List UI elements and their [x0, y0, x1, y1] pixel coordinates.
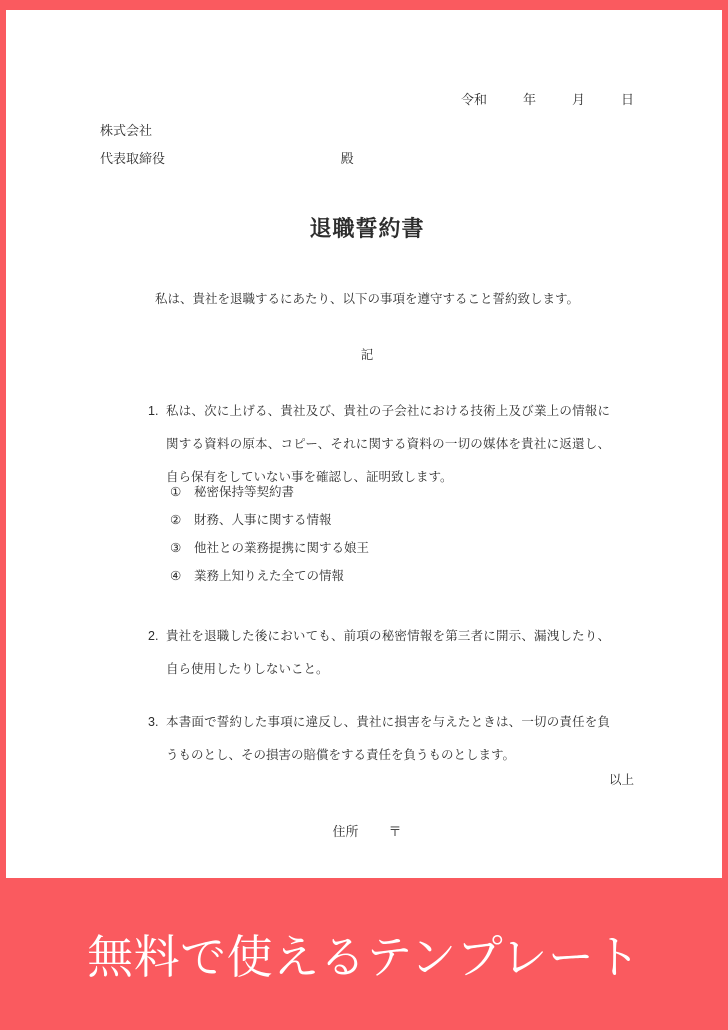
circled-number: ②: [170, 506, 194, 534]
circled-number: ③: [170, 534, 194, 562]
clause-item-2: 2. 貴社を退職した後においても、前項の秘密情報を第三者に開示、漏洩したり、自ら…: [148, 620, 634, 686]
sub-item-text: 業務上知りえた全ての情報: [194, 562, 344, 590]
clause-number: 1.: [148, 395, 166, 590]
sub-item-3: ③ 他社との業務提携に関する娘王: [170, 534, 610, 562]
template-banner: 無料で使えるテンプレート: [0, 878, 728, 1030]
clause-item-3: 3. 本書面で誓約した事項に違反し、貴社に損害を与えたときは、一切の責任を負うも…: [148, 706, 634, 772]
director-line: 代表取締役 殿: [100, 151, 634, 167]
sub-item-text: 財務、人事に関する情報: [194, 506, 332, 534]
date-line: 令和 年 月 日: [100, 10, 634, 108]
postal-mark: 〒: [389, 824, 402, 840]
company-name-line: 株式会社: [100, 123, 634, 139]
month-label: 月: [572, 92, 585, 108]
sub-item-text: 秘密保持等契約書: [194, 478, 294, 506]
circled-number: ①: [170, 478, 194, 506]
address-label: 住所: [332, 824, 358, 840]
day-label: 日: [621, 92, 634, 108]
year-label: 年: [523, 92, 536, 108]
intro-paragraph: 私は、貴社を退職するにあたり、以下の事項を遵守すること誓約致します。: [100, 291, 634, 308]
sub-item-4: ④ 業務上知りえた全ての情報: [170, 562, 610, 590]
clause-number: 3.: [148, 706, 166, 772]
clause-sublist: ① 秘密保持等契約書 ② 財務、人事に関する情報 ③ 他社との業務提携に関する娘…: [170, 478, 610, 590]
banner-text: 無料で使えるテンプレート: [87, 921, 641, 987]
clause-text: 貴社を退職した後においても、前項の秘密情報を第三者に開示、漏洩したり、自ら使用し…: [166, 620, 610, 686]
circled-number: ④: [170, 562, 194, 590]
document-title: 退職誓約書: [100, 214, 634, 244]
document-page: 令和 年 月 日 株式会社 代表取締役 殿 退職誓約書 私は、貴社を退職するにあ…: [6, 10, 722, 878]
director-label: 代表取締役: [100, 151, 165, 166]
clause-text: 本書面で誓約した事項に違反し、貴社に損害を与えたときは、一切の責任を負うものとし…: [166, 706, 610, 772]
sub-item-2: ② 財務、人事に関する情報: [170, 506, 610, 534]
clause-item-1: 1. 私は、次に上げる、貴社及び、貴社の子会社における技術上及び業上の情報に関す…: [148, 395, 634, 590]
clause-list: 1. 私は、次に上げる、貴社及び、貴社の子会社における技術上及び業上の情報に関す…: [148, 395, 634, 772]
clause-number: 2.: [148, 620, 166, 686]
address-line: 住所 〒: [100, 824, 634, 840]
era-label: 令和: [461, 92, 487, 108]
honorific-label: 殿: [341, 151, 354, 166]
ki-marker: 記: [100, 347, 634, 364]
sub-item-text: 他社との業務提携に関する娘王: [194, 534, 369, 562]
closing-marker: 以上: [100, 772, 634, 789]
